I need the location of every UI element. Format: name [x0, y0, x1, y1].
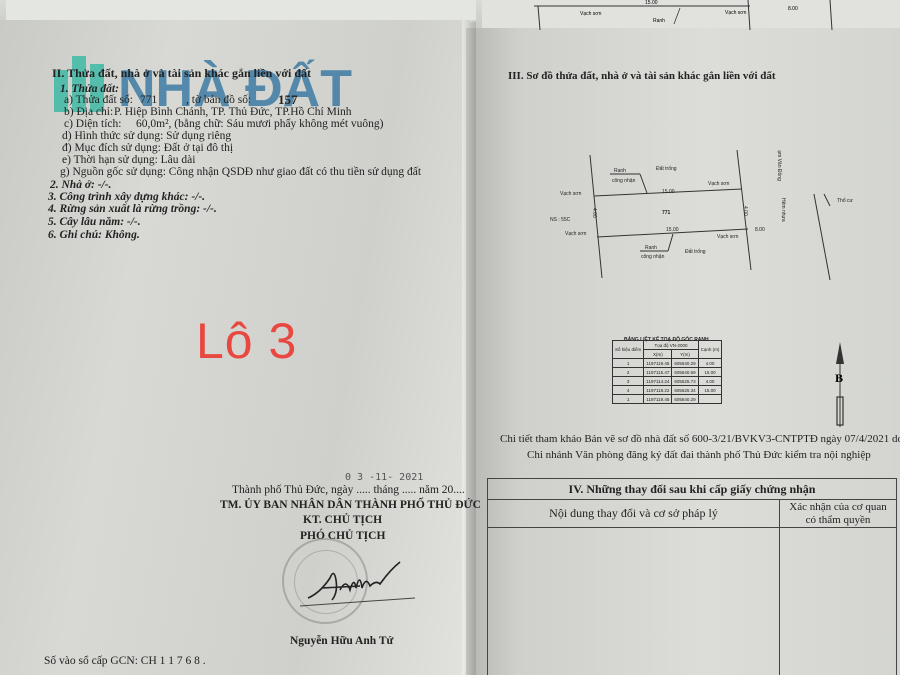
svg-text:Ra đường Phạm Văn Đồng: Ra đường Phạm Văn Đồng — [776, 150, 782, 181]
coord-cell-edge: 4.00 — [698, 377, 722, 386]
coord-cell-edge: 15.00 — [698, 368, 722, 377]
north-arrow-icon: B — [830, 342, 850, 427]
svg-text:công nhận: công nhận — [641, 254, 665, 260]
coord-cell-y: 605640.69 — [672, 368, 698, 377]
coord-cell-point: 3 — [613, 377, 644, 386]
background-sheet-left — [6, 0, 476, 22]
svg-text:Vạch sơn: Vạch sơn — [725, 10, 747, 16]
coord-cell-y: 605640.29 — [672, 395, 698, 404]
reference-note-line2: Chi nhánh Văn phòng đăng ký đất đai thàn… — [527, 449, 871, 461]
area: 60,0m², (bằng chữ: Sáu mươi phẩy không m… — [136, 118, 384, 130]
item-plantation-forest: 4. Rừng sản xuất là rừng trồng: -/-. — [48, 203, 217, 215]
address-label: b) Địa chỉ: — [64, 106, 113, 118]
svg-text:4.00: 4.00 — [742, 206, 748, 216]
coord-cell-y: 605625.34 — [672, 386, 698, 395]
use-form: d) Hình thức sử dụng: Sử dụng riêng — [62, 130, 231, 142]
header-edge: Cạnh (m) — [698, 341, 722, 359]
item-house: 2. Nhà ở: -/-. — [50, 179, 111, 191]
svg-text:8.00: 8.00 — [788, 6, 798, 12]
coord-cell-point: 2 — [613, 368, 644, 377]
svg-text:NS : 55C: NS : 55C — [550, 217, 571, 223]
svg-text:Vạch sơn: Vạch sơn — [717, 234, 739, 240]
parcel-diagram: 15.00 15.00 771 NS : 55C Vạch sơn Vạch s… — [530, 150, 900, 290]
page-fold — [462, 20, 476, 675]
item-perennial-trees: 5. Cây lâu năm: -/-. — [48, 216, 141, 228]
changes-confirmation-cell — [780, 528, 897, 675]
signature — [300, 558, 420, 608]
partial-diagram-top: 15.00 Vạch sơn Vạch sơn Ranh 8.00 — [470, 0, 900, 30]
coord-cell-y: 605625.73 — [672, 377, 698, 386]
svg-text:Vạch sơn: Vạch sơn — [565, 231, 587, 237]
coord-cell-y: 605640.29 — [672, 359, 698, 368]
svg-text:Đất trống: Đất trống — [656, 166, 677, 172]
svg-text:15.00: 15.00 — [645, 0, 658, 6]
area-label: c) Diện tích: — [64, 118, 121, 130]
svg-text:Vạch sơn: Vạch sơn — [560, 191, 582, 197]
header-system: Tọa độ VN-2000 — [644, 341, 698, 350]
registry-number: Số vào sổ cấp GCN: CH 1 1 7 6 8 . — [44, 655, 206, 667]
svg-text:Ranh: Ranh — [653, 18, 665, 24]
item-notes: 6. Ghi chú: Không. — [48, 229, 140, 241]
coord-cell-x: 1197119.45 — [644, 359, 672, 368]
svg-text:8.00: 8.00 — [755, 227, 765, 233]
changes-content-cell — [488, 528, 780, 675]
coord-row: 41197118.22605625.3415.00 — [613, 386, 722, 395]
coord-row: 31197114.24605625.734.00 — [613, 377, 722, 386]
stamp-date: 0 3 -11- 2021 — [345, 472, 423, 483]
coord-cell-edge: 15.00 — [698, 386, 722, 395]
header-x: X(m) — [644, 350, 672, 359]
changes-col-content: Nội dung thay đổi và cơ sở pháp lý — [488, 500, 780, 528]
address: P. Hiệp Bình Chánh, TP. Thủ Đức, TP.Hồ C… — [114, 106, 352, 118]
date-line: Thành phố Thủ Đức, ngày ..... tháng ....… — [232, 484, 465, 496]
coord-cell-point: 1 — [613, 395, 644, 404]
item-other-works: 3. Công trình xây dựng khác: -/-. — [48, 191, 205, 203]
coord-row: 21197115.47605640.6915.00 — [613, 368, 722, 377]
authority-title: TM. ỦY BAN NHÂN DÂN THÀNH PHỐ THỦ ĐỨC — [220, 499, 481, 511]
use-origin: g) Nguồn gốc sử dụng: Công nhận QSDĐ như… — [60, 166, 421, 178]
coord-cell-x: 1197119.45 — [644, 395, 672, 404]
svg-text:Ranh: Ranh — [614, 168, 626, 174]
parcel-no-label: a) Thửa đất số: — [64, 94, 133, 106]
coord-cell-edge: 4.00 — [698, 359, 722, 368]
svg-text:Vạch sơn: Vạch sơn — [708, 181, 730, 187]
use-term: e) Thời hạn sử dụng: Lâu dài — [62, 154, 195, 166]
svg-text:công nhận: công nhận — [612, 178, 636, 184]
section-iii-title: III. Sơ đồ thửa đất, nhà ở và tài sản kh… — [508, 70, 776, 82]
svg-text:Ranh: Ranh — [645, 245, 657, 251]
svg-text:4.00: 4.00 — [591, 208, 597, 218]
svg-text:15.00: 15.00 — [666, 227, 679, 233]
svg-text:771: 771 — [662, 210, 671, 216]
parcel-no: 771 — [140, 94, 157, 106]
svg-text:Vạch sơn: Vạch sơn — [580, 11, 602, 17]
signer-name: Nguyễn Hữu Anh Tứ — [290, 635, 393, 647]
changes-table: IV. Những thay đổi sau khi cấp giấy chứn… — [487, 478, 897, 675]
for-chairman: KT. CHỦ TỊCH — [303, 514, 382, 526]
svg-text:Đất trống: Đất trống — [685, 249, 706, 255]
coord-cell-point: 4 — [613, 386, 644, 395]
lot-label: Lô 3 — [196, 312, 297, 370]
header-point: Số hiệu điểm — [613, 341, 644, 359]
section-ii-title: II. Thửa đất, nhà ở và tài sản khác gắn … — [52, 66, 311, 81]
coord-cell-edge — [698, 395, 722, 404]
header-y: Y(m) — [672, 350, 698, 359]
map-sheet-label: , tờ bản đồ số: — [186, 94, 251, 106]
reference-note-line1: Chi tiết tham khảo Bản vẽ sơ đồ nhà đất … — [500, 433, 900, 445]
svg-text:Thổ cư: Thổ cư — [837, 197, 854, 204]
use-purpose: đ) Mục đích sử dụng: Đất ở tại đô thị — [62, 142, 233, 154]
coord-cell-x: 1197115.47 — [644, 368, 672, 377]
coord-cell-x: 1197114.24 — [644, 377, 672, 386]
changes-title: IV. Những thay đổi sau khi cấp giấy chứn… — [488, 479, 897, 500]
svg-text:15.00: 15.00 — [662, 189, 675, 195]
coord-cell-point: 1 — [613, 359, 644, 368]
svg-text:Hẻm nhựa: Hẻm nhựa — [780, 198, 786, 222]
coord-row: 11197119.45605640.294.00 — [613, 359, 722, 368]
coord-row: 11197119.45605640.29 — [613, 395, 722, 404]
changes-col-confirmation: Xác nhận của cơ quan có thẩm quyền — [780, 500, 897, 528]
coord-table: Số hiệu điểm Tọa độ VN-2000 Cạnh (m) X(m… — [612, 340, 722, 404]
coord-cell-x: 1197118.22 — [644, 386, 672, 395]
svg-text:B: B — [835, 371, 843, 385]
